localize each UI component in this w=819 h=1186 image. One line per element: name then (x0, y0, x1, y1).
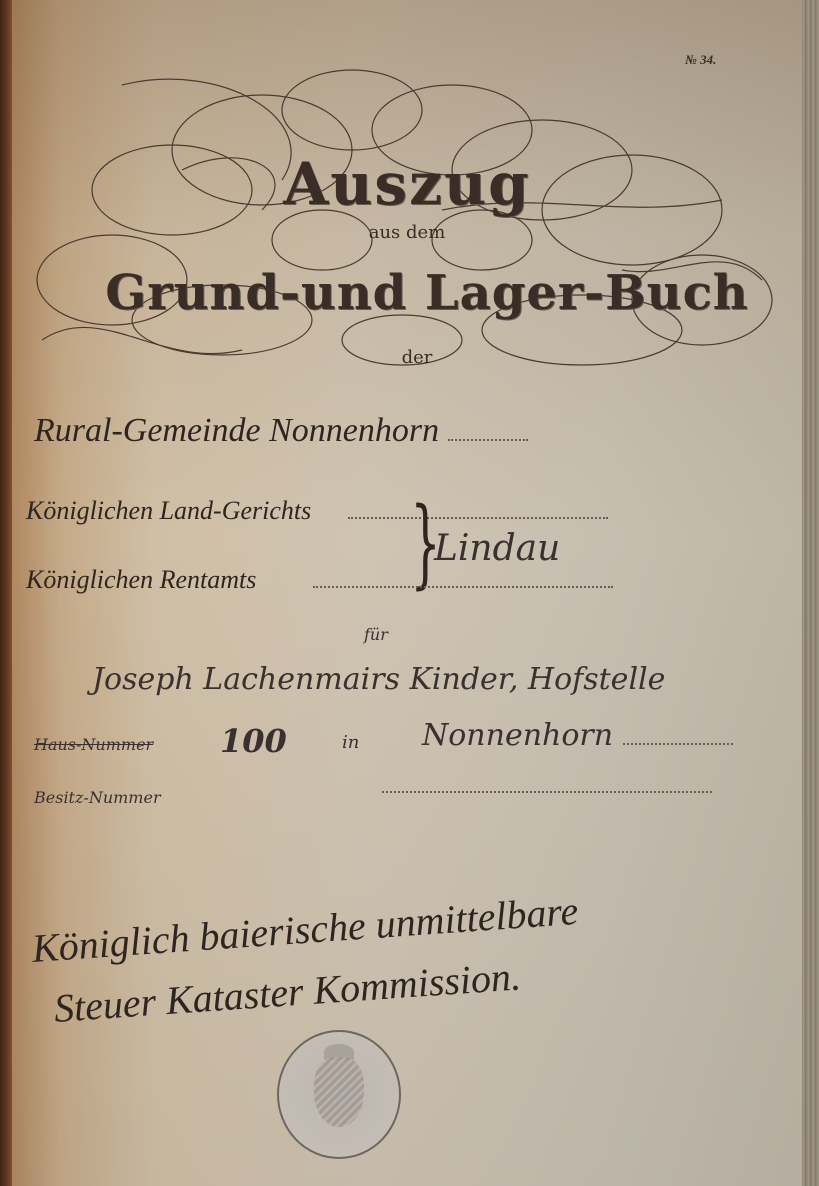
document-page: № 34. Auszug aus dem Grund-und Lager-Buc… (12, 0, 802, 1186)
dotted-line (623, 742, 733, 745)
municipality-label: Rural-Gemeinde (34, 412, 261, 449)
possession-dotted (382, 780, 712, 798)
in-label: in (342, 732, 359, 753)
dotted-line (348, 516, 608, 519)
municipality-value: Nonnenhorn (269, 412, 439, 449)
house-number-value: 100 (220, 722, 287, 760)
register-title: Grund-und Lager-Buch (52, 265, 802, 321)
court-row: Königlichen Land-Gerichts (26, 496, 608, 526)
district-value: Lindau (434, 528, 560, 569)
rent-office-label: Königlichen Rentamts (26, 565, 256, 594)
owner-value: Joseph Lachenmairs Kinder, Hofstelle (92, 662, 665, 697)
court-label: Königlichen Land-Gerichts (26, 496, 311, 525)
possession-number-label: Besitz-Nummer (34, 788, 161, 807)
page-edges (802, 0, 819, 1186)
house-number-label: Haus-Nummer (34, 735, 153, 754)
official-seal-icon (277, 1030, 401, 1159)
rent-office-row: Königlichen Rentamts (26, 565, 613, 595)
for-label: für (364, 625, 388, 644)
title-der: der (12, 347, 802, 368)
municipality-row: Rural-Gemeinde Nonnenhorn (34, 412, 528, 450)
place-value: Nonnenhorn (422, 718, 733, 753)
dotted-line (313, 585, 613, 588)
document-title: Auszug (12, 150, 802, 218)
dotted-line (448, 438, 528, 441)
coat-of-arms-icon (314, 1057, 364, 1127)
title-sub: aus dem (12, 222, 802, 243)
dotted-line (382, 790, 712, 793)
